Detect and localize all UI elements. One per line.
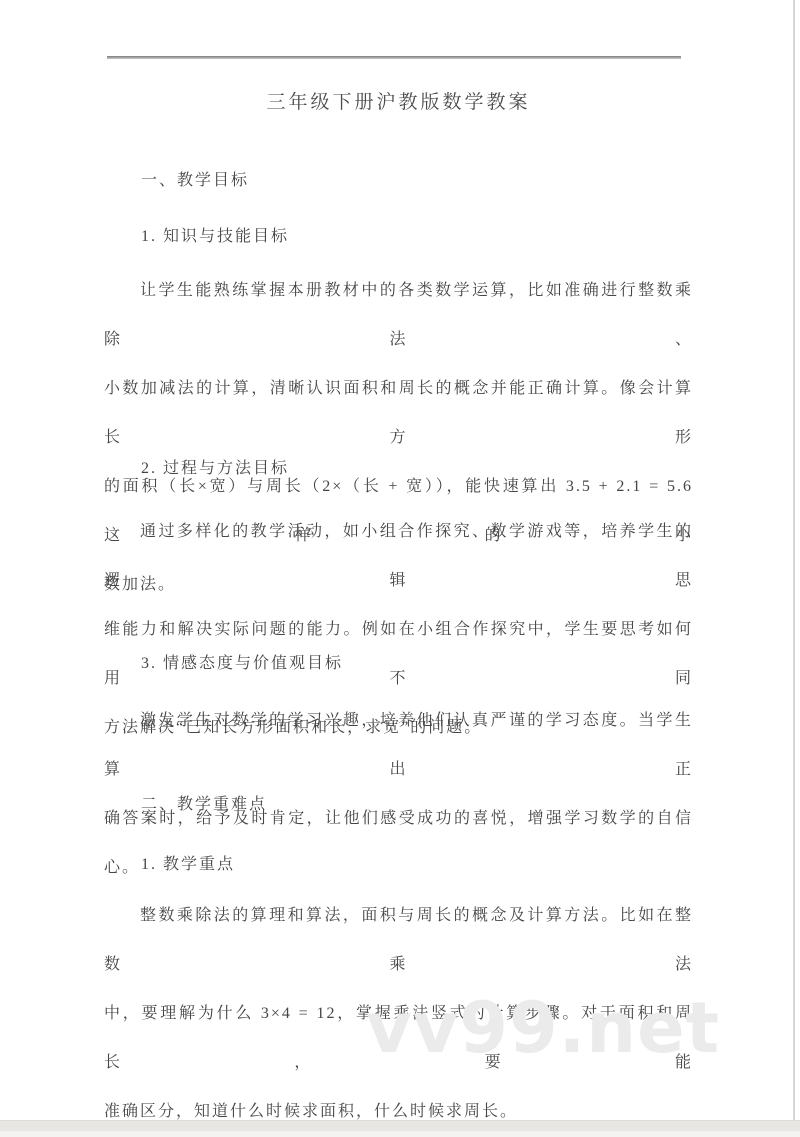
heading-teaching-objectives: 一、教学目标 bbox=[104, 170, 693, 192]
header-rule bbox=[107, 56, 681, 59]
paragraph-line: 让学生能熟练掌握本册教材中的各类数学运算，比如准确进行整数乘除法、 bbox=[104, 266, 693, 364]
heading-key-difficult-points: 二、教学重难点 bbox=[104, 794, 693, 816]
next-page-top-strip bbox=[0, 1131, 800, 1137]
paragraph-line: 通过多样化的教学活动，如小组合作探究、数学游戏等，培养学生的逻辑思 bbox=[104, 507, 693, 605]
document-page: 三年级下册沪教版数学教案 一、教学目标 1. 知识与技能目标 让学生能熟练掌握本… bbox=[0, 0, 800, 1137]
document-title: 三年级下册沪教版数学教案 bbox=[104, 89, 693, 117]
paragraph-line: 整数乘除法的算理和算法，面积与周长的概念及计算方法。比如在整数乘法 bbox=[104, 891, 693, 989]
subheading-teaching-key-points: 1. 教学重点 bbox=[104, 854, 693, 876]
site-watermark: vv99.net bbox=[366, 993, 720, 1063]
page-right-edge-line bbox=[793, 0, 795, 1120]
paragraph-line: 小数加减法的计算，清晰认识面积和周长的概念并能正确计算。像会计算长方形 bbox=[104, 364, 693, 462]
subheading-emotional-attitude-values: 3. 情感态度与价值观目标 bbox=[104, 653, 693, 675]
subheading-process-methods: 2. 过程与方法目标 bbox=[104, 458, 693, 480]
page-gap-band bbox=[0, 1120, 800, 1131]
subheading-knowledge-skills: 1. 知识与技能目标 bbox=[104, 226, 693, 248]
paragraph-line: 激发学生对数学的学习兴趣，培养他们认真严谨的学习态度。当学生算出正 bbox=[104, 696, 693, 794]
